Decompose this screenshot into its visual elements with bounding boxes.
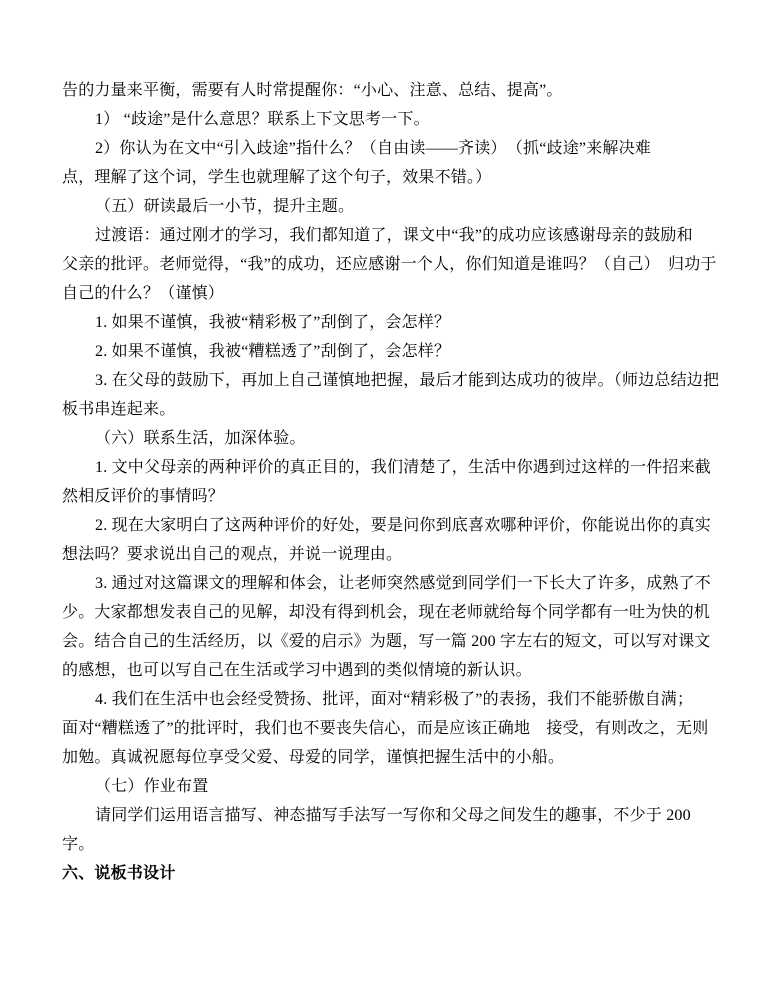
text-line: 面对“糟糕透了”的批评时，我们也不要丧失信心，而是应该正确地 接受，有则改之，无…	[62, 714, 716, 743]
text-line: 自己的什么？（谨慎）	[62, 279, 716, 308]
text-line: 4. 我们在生活中也会经受赞扬、批评，面对“精彩极了”的表扬，我们不能骄傲自满；	[62, 685, 716, 714]
text-line: 2. 现在大家明白了这两种评价的好处，要是问你到底喜欢哪种评价，你能说出你的真实	[62, 511, 716, 540]
section-heading: （七）作业布置	[62, 772, 716, 801]
text-line: 父亲的批评。老师觉得，“我”的成功，还应感谢一个人，你们知道是谁吗？（自己） 归…	[62, 250, 716, 279]
text-line: 加勉。真诚祝愿每位享受父爱、母爱的同学，谨慎把握生活中的小船。	[62, 743, 716, 772]
document-page: 告的力量来平衡，需要有人时常提醒你：“小心、注意、总结、提高”。 1） “歧途”…	[0, 0, 770, 1000]
chapter-heading: 六、说板书设计	[62, 859, 716, 888]
text-line: 2. 如果不谨慎，我被“糟糕透了”刮倒了，会怎样？	[62, 337, 716, 366]
text-line: 的感想，也可以写自己在生活或学习中遇到的类似情境的新认识。	[62, 656, 716, 685]
text-line: 请同学们运用语言描写、神态描写手法写一写你和父母之间发生的趣事，不少于 200	[62, 801, 716, 830]
text-line: 1. 如果不谨慎，我被“精彩极了”刮倒了，会怎样？	[62, 308, 716, 337]
text-line: 3. 在父母的鼓励下，再加上自己谨慎地把握，最后才能到达成功的彼岸。（师边总结边…	[62, 366, 716, 395]
text-line: 少。大家都想发表自己的见解，却没有得到机会，现在老师就给每个同学都有一吐为快的机	[62, 598, 716, 627]
text-line: 板书串连起来。	[62, 395, 716, 424]
text-line: 想法吗？要求说出自己的观点，并说一说理由。	[62, 540, 716, 569]
text-line: 1. 文中父母亲的两种评价的真正目的，我们清楚了，生活中你遇到过这样的一件招来截	[62, 453, 716, 482]
text-line: 3. 通过对这篇课文的理解和体会，让老师突然感觉到同学们一下长大了许多，成熟了不	[62, 569, 716, 598]
section-heading: （六）联系生活，加深体验。	[62, 424, 716, 453]
text-line: 字。	[62, 830, 716, 859]
section-heading: （五）研读最后一小节，提升主题。	[62, 192, 716, 221]
text-line: 过渡语：通过刚才的学习，我们都知道了，课文中“我”的成功应该感谢母亲的鼓励和	[62, 221, 716, 250]
text-line: 会。结合自己的生活经历，以《爱的启示》为题，写一篇 200 字左右的短文，可以写…	[62, 627, 716, 656]
text-line: 然相反评价的事情吗？	[62, 482, 716, 511]
text-line: 1） “歧途”是什么意思？联系上下文思考一下。	[62, 105, 716, 134]
text-line: 2）你认为在文中“引入歧途”指什么？（自由读——齐读） （抓“歧途”来解决难	[62, 134, 716, 163]
text-line: 告的力量来平衡，需要有人时常提醒你：“小心、注意、总结、提高”。	[62, 76, 716, 105]
text-line: 点，理解了这个词，学生也就理解了这个句子，效果不错。）	[62, 163, 716, 192]
